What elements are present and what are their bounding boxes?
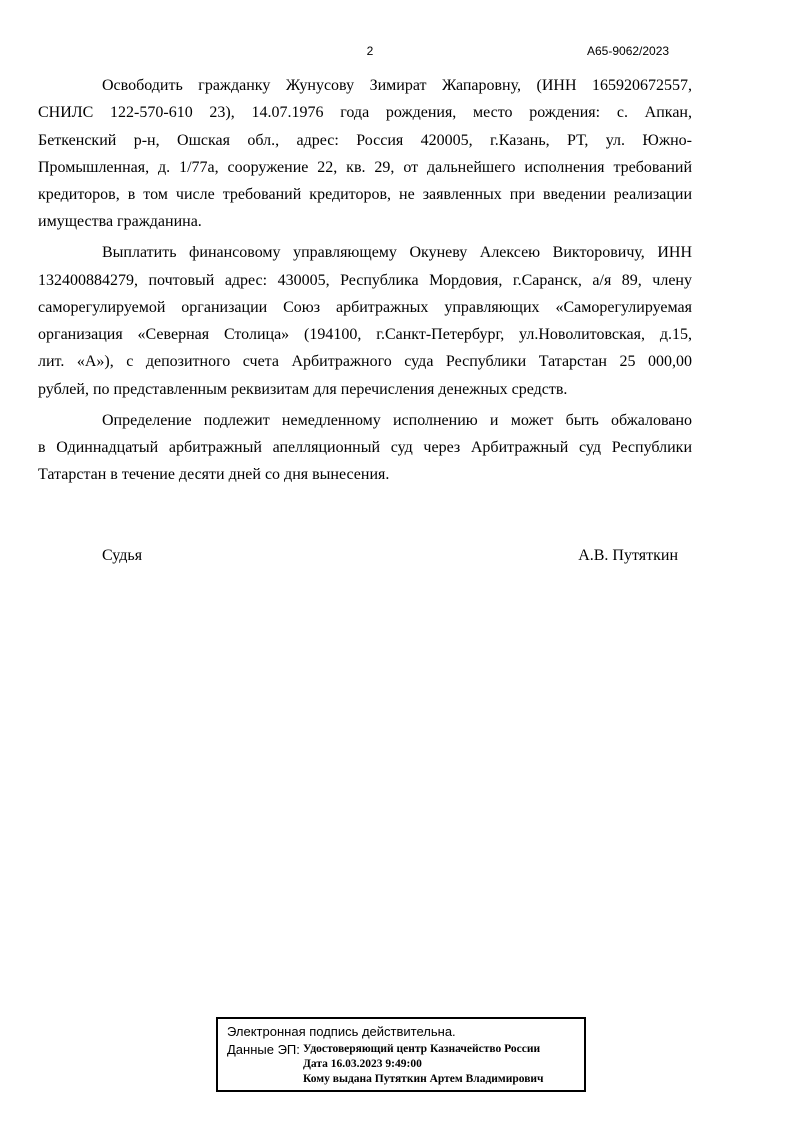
ruling-paragraph: Выплатить финансовому управляющему Окуне… <box>38 239 692 403</box>
ruling-text-line: 132400884279, почтовый адрес: 430005, Ре… <box>38 267 692 294</box>
esig-detail-line: Удостоверяющий центр Казначейство России <box>303 1042 544 1057</box>
ruling-text-line: Определение подлежит немедленному исполн… <box>38 407 692 434</box>
esig-valid-text: Электронная подпись действительна. <box>227 1023 575 1040</box>
esig-data-label: Данные ЭП: <box>227 1042 303 1087</box>
judge-name: А.В. Путяткин <box>578 542 678 569</box>
ruling-text-line: лит. «А»), с депозитного счета Арбитражн… <box>38 348 692 375</box>
ruling-text-line: СНИЛС 122-570-610 23), 14.07.1976 года р… <box>38 99 692 126</box>
judge-label: Судья <box>102 542 142 569</box>
court-ruling-page: 2 А65-9062/2023 Освободить гражданку Жун… <box>0 0 800 1131</box>
ruling-text-line: кредиторов, в том числе требований креди… <box>38 181 692 208</box>
judge-signature-row: Судья А.В. Путяткин <box>38 542 692 569</box>
esig-detail-line: Дата 16.03.2023 9:49:00 <box>303 1057 544 1072</box>
esig-details: Удостоверяющий центр Казначейство России… <box>303 1042 544 1087</box>
ruling-text-line: имущества гражданина. <box>38 208 692 235</box>
ruling-text: Освободить гражданку Жунусову Зимират Жа… <box>38 72 692 492</box>
ruling-text-line: в Одиннадцатый арбитражный апелляционный… <box>38 434 692 461</box>
ruling-text-line: Освободить гражданку Жунусову Зимират Жа… <box>38 72 692 99</box>
esig-detail-line: Кому выдана Путяткин Артем Владимирович <box>303 1072 544 1087</box>
esig-data-row: Данные ЭП: Удостоверяющий центр Казначей… <box>227 1042 575 1087</box>
ruling-paragraph: Определение подлежит немедленному исполн… <box>38 407 692 489</box>
ruling-text-line: организация «Северная Столица» (194100, … <box>38 321 692 348</box>
ruling-text-line: рублей, по представленным реквизитам для… <box>38 376 692 403</box>
ruling-text-line: Выплатить финансовому управляющему Окуне… <box>38 239 692 266</box>
ruling-text-line: саморегулируемой организации Союз арбитр… <box>38 294 692 321</box>
ruling-paragraph: Освободить гражданку Жунусову Зимират Жа… <box>38 72 692 236</box>
ruling-text-line: Беткенский р-н, Ошская обл., адрес: Росс… <box>38 127 692 154</box>
ruling-text-line: Промышленная, д. 1/77а, сооружение 22, к… <box>38 154 692 181</box>
electronic-signature-stamp: Электронная подпись действительна. Данны… <box>216 1017 586 1092</box>
ruling-text-line: Татарстан в течение десяти дней со дня в… <box>38 461 692 488</box>
case-number: А65-9062/2023 <box>587 44 669 58</box>
